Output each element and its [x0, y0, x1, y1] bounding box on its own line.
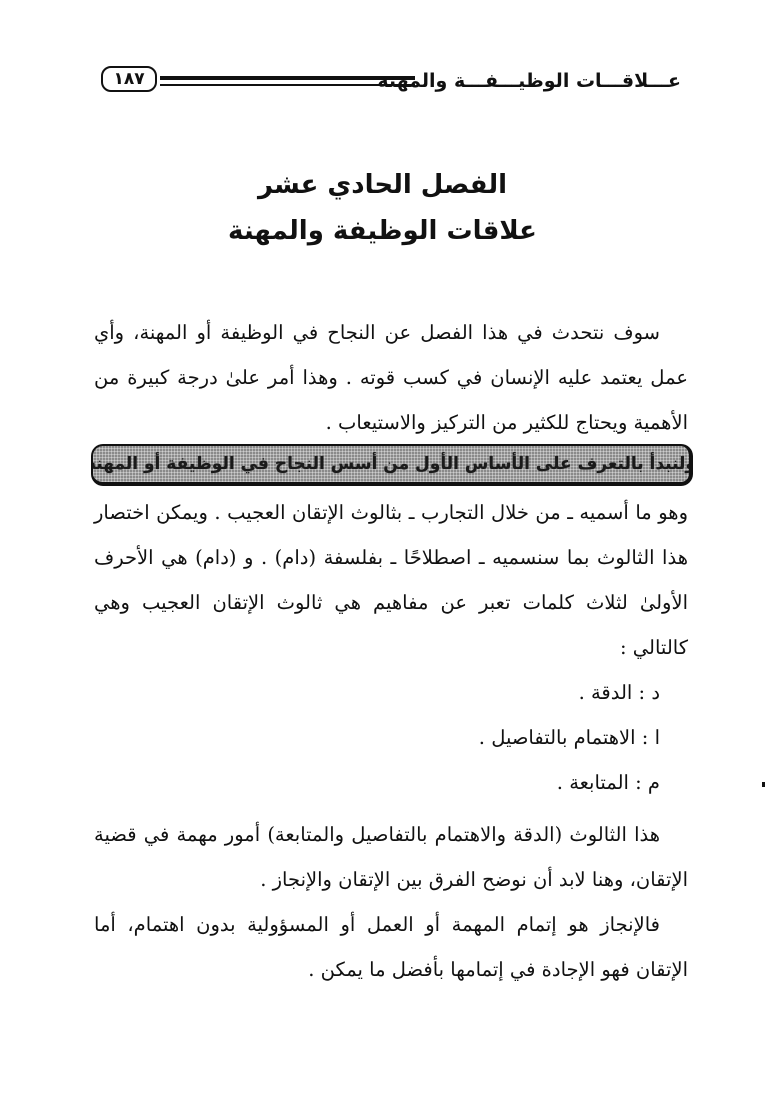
- list-text: الاهتمام بالتفاصيل .: [479, 726, 636, 749]
- page-number-badge: ١٨٧: [101, 66, 157, 92]
- list-separator: :: [632, 681, 651, 704]
- list-item: م : المتابعة .: [94, 760, 660, 805]
- paragraph-triad-summary: هذا الثالوث (الدقة والاهتمام بالتفاصيل و…: [94, 812, 688, 902]
- running-header: ١٨٧ عـــلاقـــات الوظيـــفـــة والمهنة: [93, 64, 681, 98]
- paragraph-achievement-vs-mastery: فالإنجاز هو إتمام المهمة أو العمل أو الم…: [94, 902, 688, 992]
- dam-list: د : الدقة . ا : الاهتمام بالتفاصيل . م :…: [94, 670, 688, 805]
- paragraph-dam-philosophy: وهو ما أسميه ـ من خلال التجارب ـ بثالوث …: [94, 490, 688, 670]
- callout-text: ولنبدأ بالتعرف على الأساس الأول من أسس ا…: [91, 454, 693, 474]
- chapter-title: علاقات الوظيفة والمهنة: [0, 218, 765, 244]
- list-item: ا : الاهتمام بالتفاصيل .: [94, 715, 660, 760]
- page-number: ١٨٧: [113, 71, 144, 88]
- chapter-number-heading: الفصل الحادي عشر: [0, 172, 765, 198]
- running-header-title: عـــلاقـــات الوظيـــفـــة والمهنة: [377, 64, 681, 98]
- book-page: ١٨٧ عـــلاقـــات الوظيـــفـــة والمهنة ا…: [0, 0, 765, 1110]
- list-letter: م: [648, 771, 660, 794]
- paragraph-intro: سوف نتحدث في هذا الفصل عن النجاح في الوظ…: [94, 310, 688, 445]
- paragraph-text: سوف نتحدث في هذا الفصل عن النجاح في الوظ…: [94, 310, 688, 445]
- list-letter: د: [651, 681, 660, 704]
- paragraph-text: فالإنجاز هو إتمام المهمة أو العمل أو الم…: [94, 902, 688, 992]
- list-text: المتابعة .: [557, 771, 629, 794]
- list-text: الدقة .: [579, 681, 633, 704]
- highlighted-callout-box: ولنبدأ بالتعرف على الأساس الأول من أسس ا…: [91, 444, 693, 486]
- paragraph-text: هذا الثالوث (الدقة والاهتمام بالتفاصيل و…: [94, 812, 688, 902]
- list-letter: ا: [655, 726, 660, 749]
- paragraph-text: وهو ما أسميه ـ من خلال التجارب ـ بثالوث …: [94, 490, 688, 670]
- list-separator: :: [636, 726, 655, 749]
- list-item: د : الدقة .: [94, 670, 660, 715]
- list-separator: :: [629, 771, 648, 794]
